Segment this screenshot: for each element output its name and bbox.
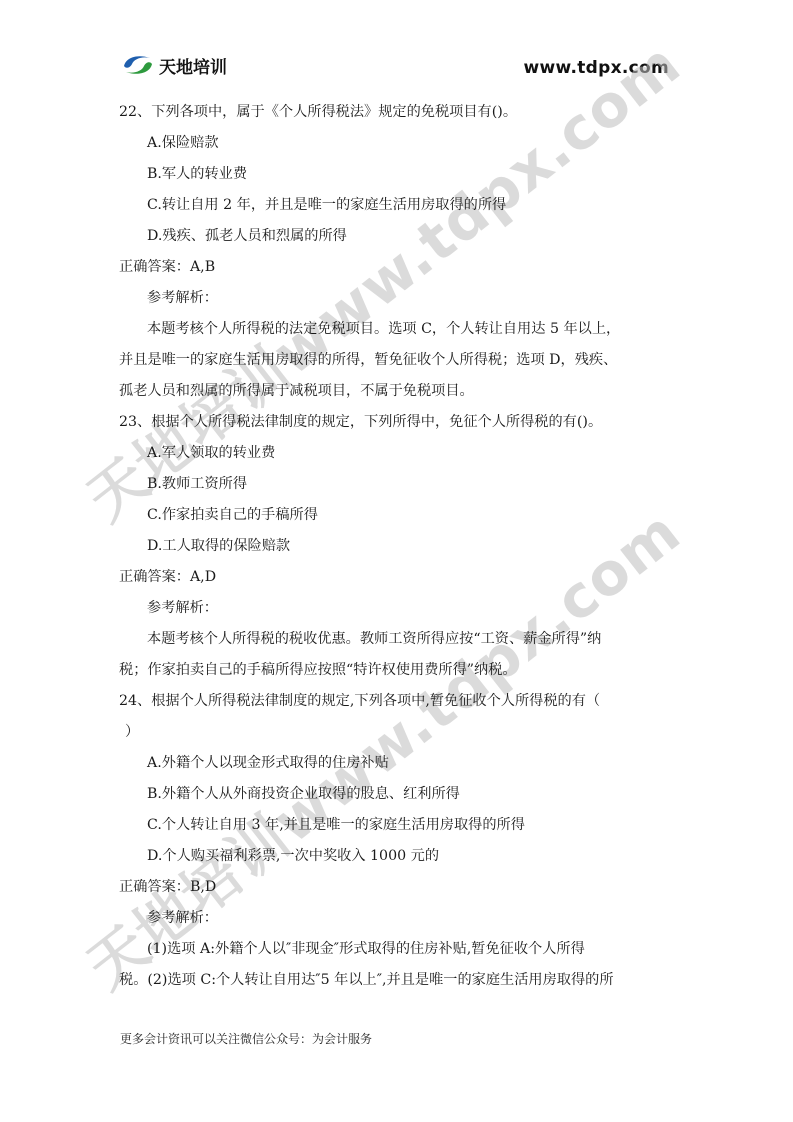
question-24-stem-line-2: ） — [119, 717, 674, 748]
question-22-analysis-line-1: 本题考核个人所得税的法定免税项目。选项 C，个人转让自用达 5 年以上， — [119, 314, 674, 345]
question-24-stem-line-1: 24、根据个人所得税法律制度的规定,下列各项中,暂免征收个人所得税的有（ — [119, 686, 674, 717]
question-24-analysis-label: 参考解析： — [119, 903, 674, 934]
question-24-option-d: D.个人购买福利彩票,一次中奖收入 1000 元的 — [119, 841, 674, 872]
question-22-analysis-line-2: 并且是唯一的家庭生活用房取得的所得，暂免征收个人所得税；选项 D，残疾、 — [119, 345, 674, 376]
brand-name: 天地培训 — [159, 53, 227, 78]
question-24-option-b: B.外籍个人从外商投资企业取得的股息、红利所得 — [119, 779, 674, 810]
question-23-analysis-label: 参考解析： — [119, 593, 674, 624]
question-23-analysis-line-2: 税；作家拍卖自己的手稿所得应按照“特许权使用费所得”纳税。 — [119, 655, 674, 686]
question-24-analysis-line-1: (1)选项 A:外籍个人以″非现金″形式取得的住房补贴,暂免征收个人所得 — [119, 934, 674, 965]
question-23-answer: 正确答案：A,D — [119, 562, 674, 593]
question-22-stem: 22、下列各项中，属于《个人所得税法》规定的免税项目有()。 — [119, 97, 674, 128]
question-23-option-b: B.教师工资所得 — [119, 469, 674, 500]
question-22-option-b: B.军人的转业费 — [119, 159, 674, 190]
question-23-option-d: D.工人取得的保险赔款 — [119, 531, 674, 562]
question-23-analysis-line-1: 本题考核个人所得税的税收优惠。教师工资所得应按“工资、薪金所得”纳 — [119, 624, 674, 655]
document-body: 22、下列各项中，属于《个人所得税法》规定的免税项目有()。 A.保险赔款 B.… — [119, 97, 674, 996]
question-24-option-a: A.外籍个人以现金形式取得的住房补贴 — [119, 748, 674, 779]
question-22-analysis-label: 参考解析： — [119, 283, 674, 314]
question-22-answer: 正确答案：A,B — [119, 252, 674, 283]
question-23-option-a: A.军人领取的转业费 — [119, 438, 674, 469]
question-22-analysis-line-3: 孤老人员和烈属的所得属于减税项目，不属于免税项目。 — [119, 376, 674, 407]
page-footer: 更多会计资讯可以关注微信公众号：为会计服务 — [120, 1030, 372, 1047]
question-24-analysis-line-2: 税。(2)选项 C:个人转让自用达″5 年以上″,并且是唯一的家庭生活用房取得的… — [119, 965, 674, 996]
question-23-stem: 23、根据个人所得税法律制度的规定，下列所得中，免征个人所得税的有()。 — [119, 407, 674, 438]
question-22-option-a: A.保险赔款 — [119, 128, 674, 159]
question-23-option-c: C.作家拍卖自己的手稿所得 — [119, 500, 674, 531]
swoosh-logo-icon — [120, 52, 156, 78]
question-24-option-c: C.个人转让自用 3 年,并且是唯一的家庭生活用房取得的所得 — [119, 810, 674, 841]
brand-logo: 天地培训 — [120, 52, 227, 78]
question-24-answer: 正确答案：B,D — [119, 872, 674, 903]
question-22-option-d: D.残疾、孤老人员和烈属的所得 — [119, 221, 674, 252]
question-22-option-c: C.转让自用 2 年，并且是唯一的家庭生活用房取得的所得 — [119, 190, 674, 221]
